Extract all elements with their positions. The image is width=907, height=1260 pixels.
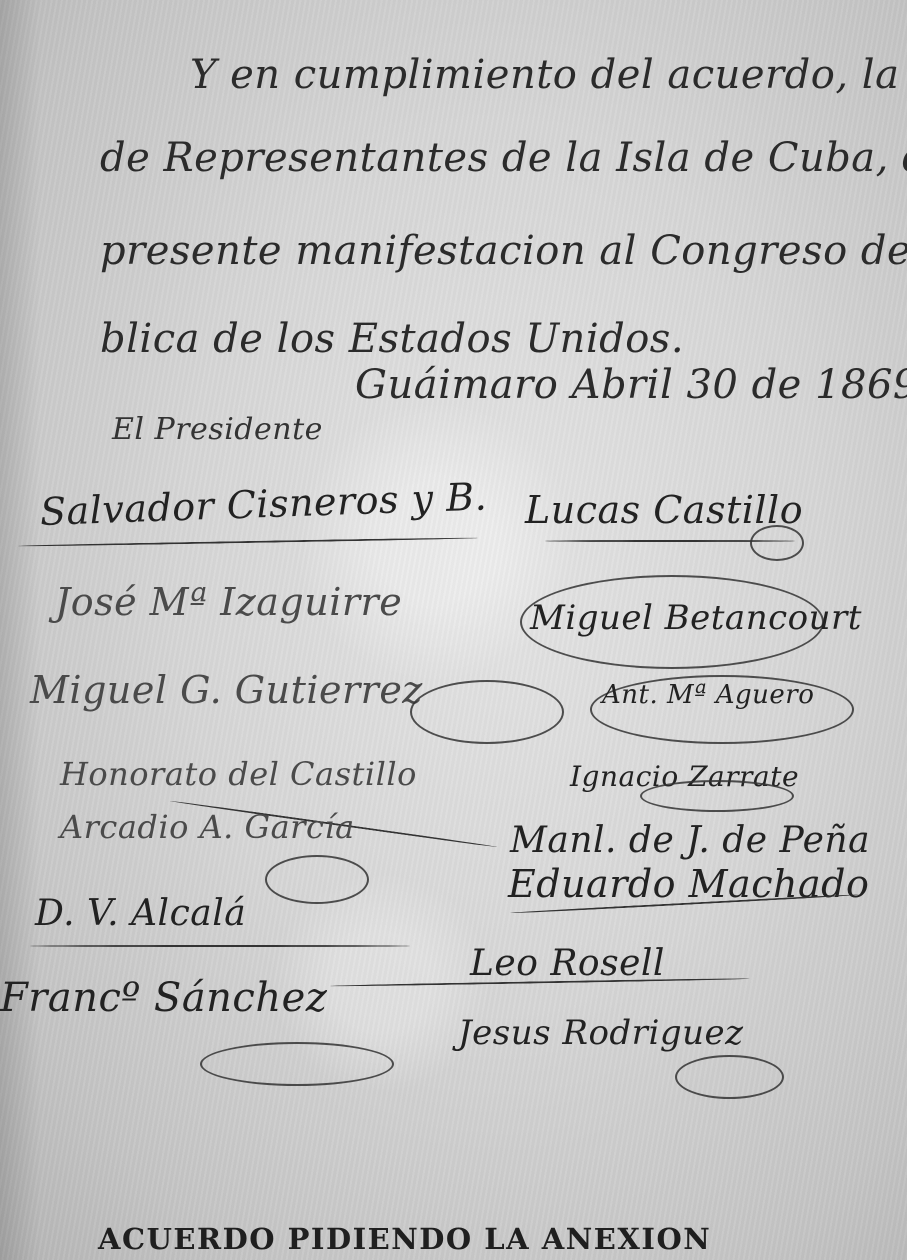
document-caption: ACUERDO PIDIENDO LA ANEXION bbox=[98, 1222, 711, 1256]
signature-rubric bbox=[265, 855, 369, 904]
body-line-1: Y en cumplimiento del acuerdo, la Cámara bbox=[190, 52, 907, 98]
signature: Lucas Castillo bbox=[525, 488, 803, 532]
president-label: El Presidente bbox=[112, 412, 323, 447]
signature: José Mª Izaguirre bbox=[55, 580, 402, 624]
signature-rubric bbox=[675, 1055, 784, 1099]
signature: Eduardo Machado bbox=[508, 862, 869, 906]
signature: Jesus Rodriguez bbox=[458, 1013, 744, 1053]
signature: Arcadio A. García bbox=[60, 808, 355, 846]
signature-rubric bbox=[200, 1042, 394, 1086]
page-edge-shadow bbox=[0, 0, 40, 1260]
signature-rubric bbox=[410, 680, 564, 744]
signature: Francº Sánchez bbox=[0, 975, 327, 1021]
place-date: Guáimaro Abril 30 de 1869 bbox=[355, 362, 907, 408]
signature: Miguel G. Gutierrez bbox=[30, 668, 423, 712]
signature-rubric bbox=[640, 780, 794, 812]
signature-flourish bbox=[18, 537, 478, 547]
body-line-4: blica de los Estados Unidos. bbox=[100, 316, 684, 362]
signature: Salvador Cisneros y B. bbox=[39, 474, 488, 534]
signature: Miguel Betancourt bbox=[530, 598, 862, 638]
body-line-2: de Representantes de la Isla de Cuba, di… bbox=[100, 135, 907, 181]
signature: Honorato del Castillo bbox=[60, 755, 417, 793]
signature: Manl. de J. de Peña bbox=[510, 820, 870, 861]
signature: Leo Rosell bbox=[470, 943, 665, 984]
signature: D. V. Alcalá bbox=[35, 893, 246, 934]
signature-rubric bbox=[750, 525, 804, 561]
signature: Ant. Mª Aguero bbox=[602, 680, 814, 710]
body-line-3: presente manifestacion al Congreso de la… bbox=[100, 228, 907, 274]
signature-flourish bbox=[30, 945, 410, 947]
